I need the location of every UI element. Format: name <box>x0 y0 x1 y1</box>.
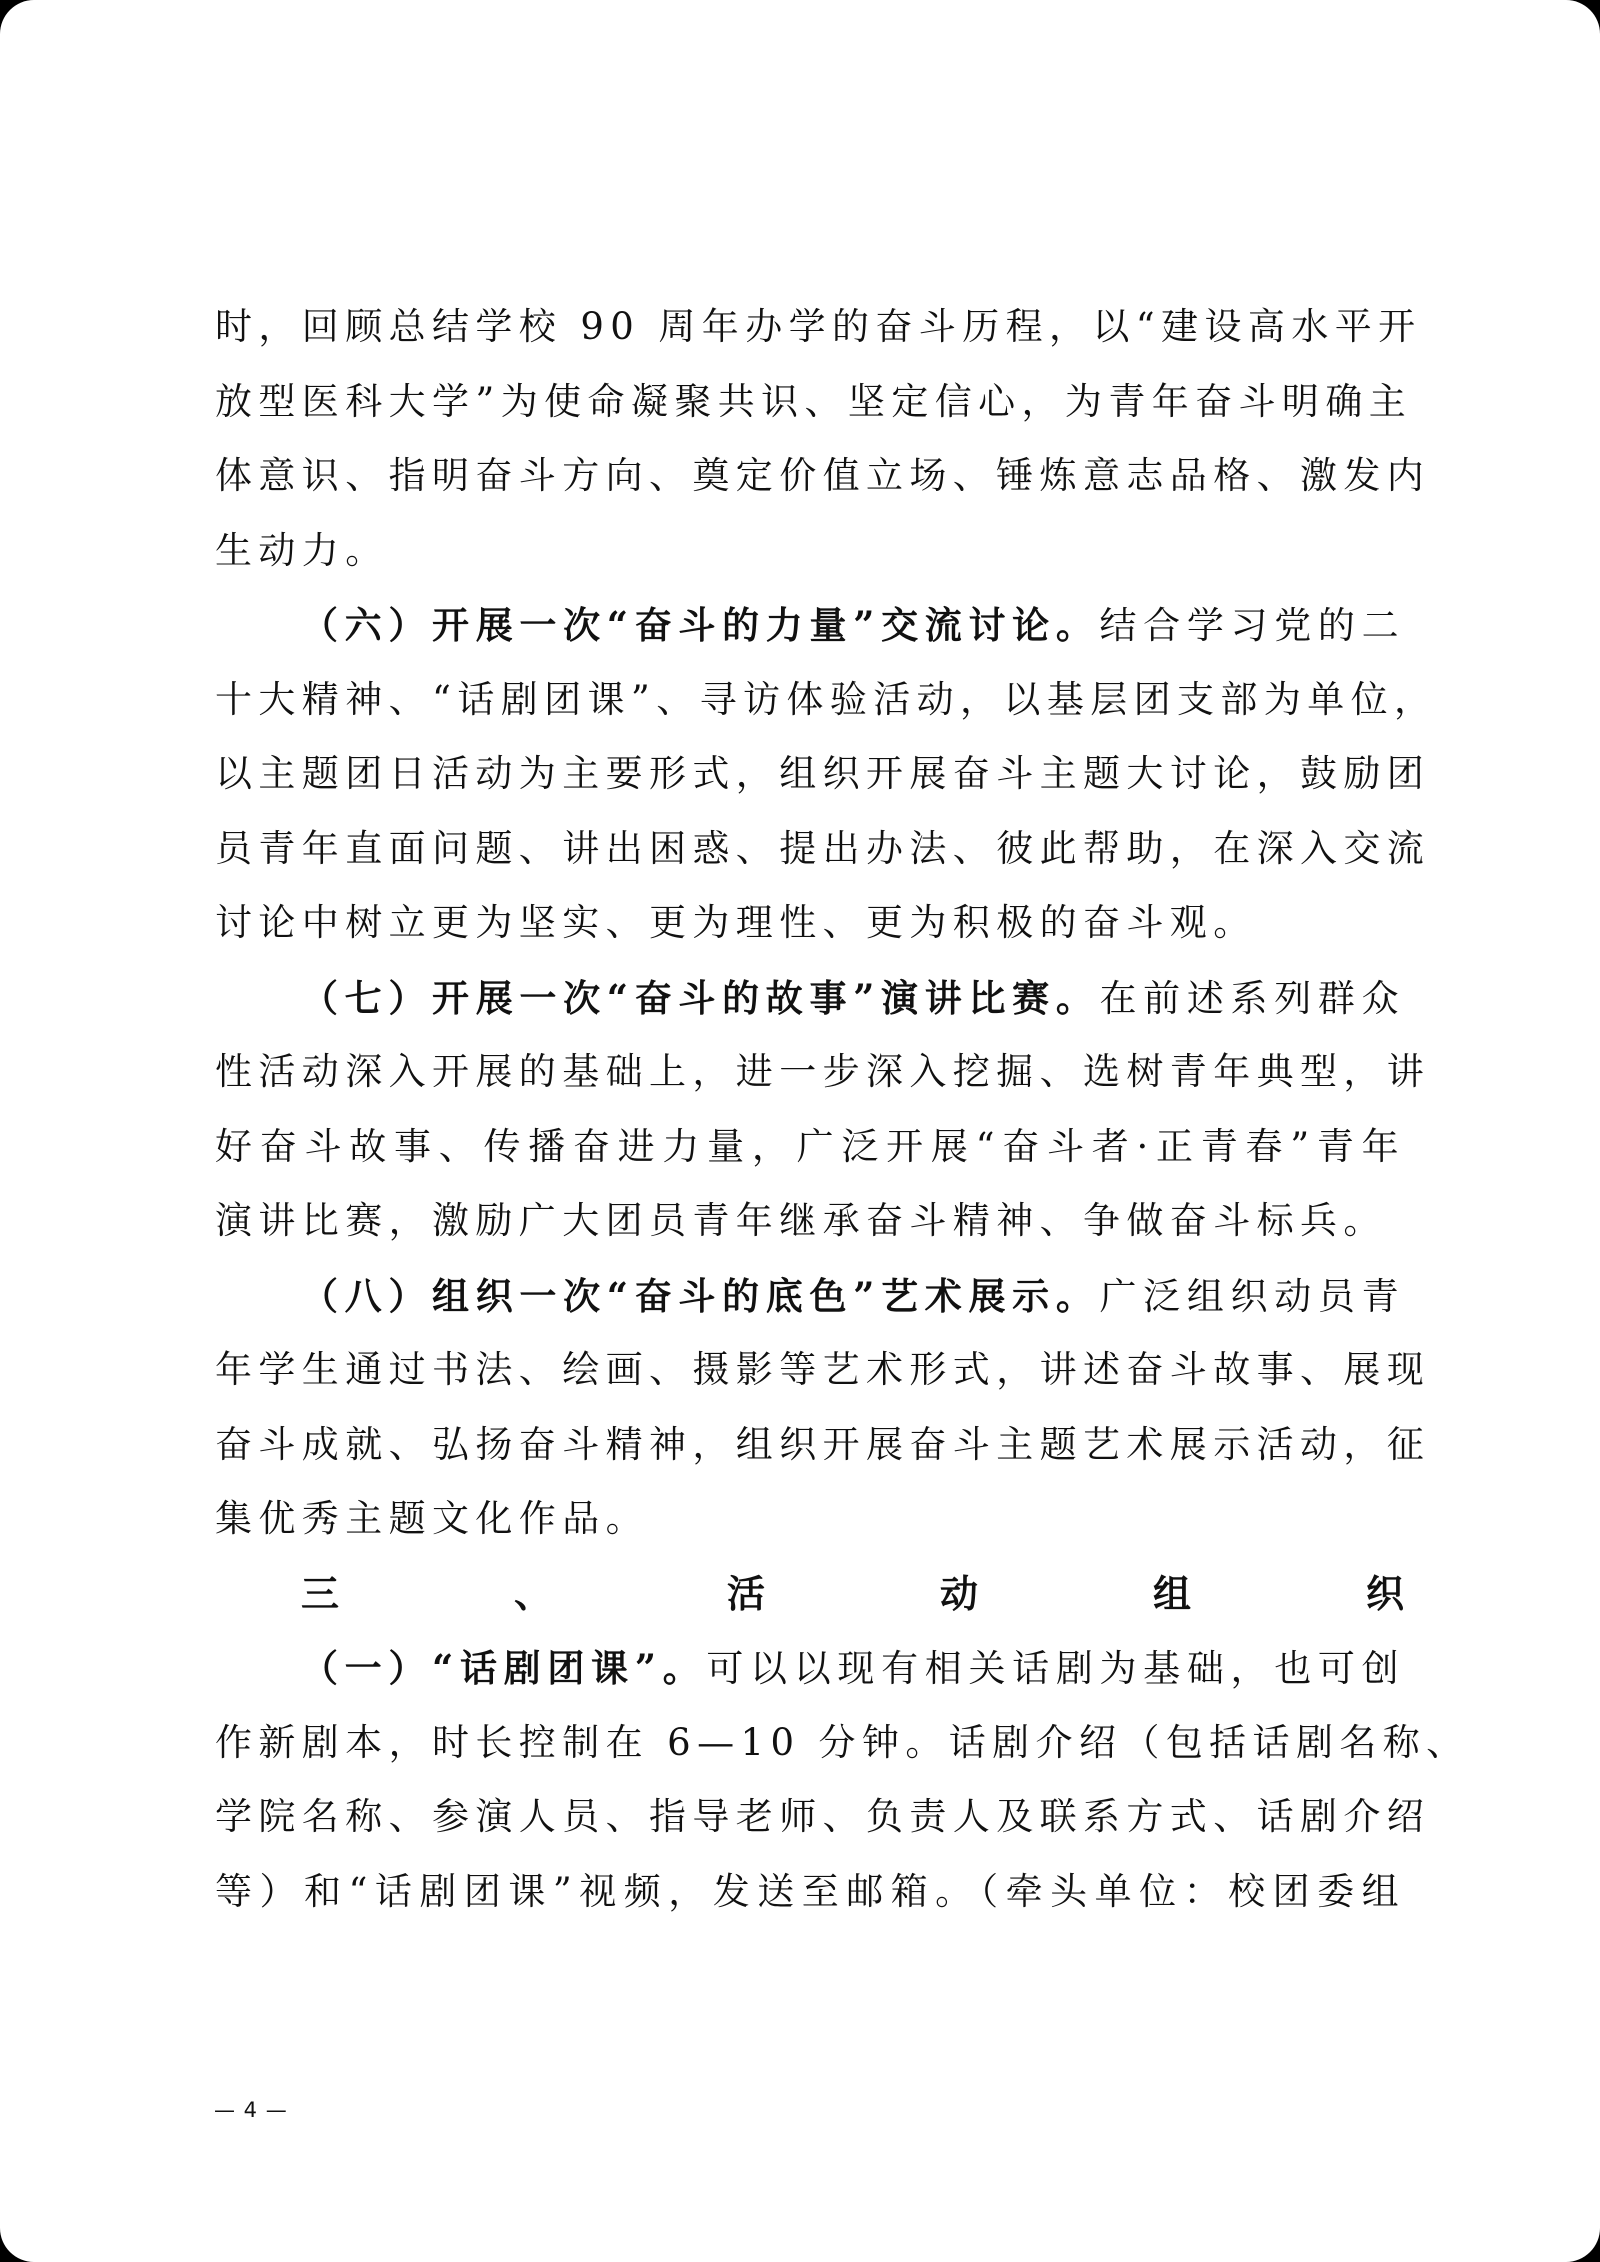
text-line: 集优秀主题文化作品。 <box>215 1482 1405 1557</box>
paragraph-item-7: （七）开展一次“奋斗的故事”演讲比赛。在前述系列群众 性活动深入开展的基础上，进… <box>215 961 1405 1259</box>
text-line: 演讲比赛，激励广大团员青年继承奋斗精神、争做奋斗标兵。 <box>215 1184 1405 1259</box>
text-line: 十大精神、“话剧团课”、寻访体验活动，以基层团支部为单位， <box>215 663 1405 738</box>
document-page: 时，回顾总结学校 90 周年办学的奋斗历程，以“建设高水平开 放型医科大学”为使… <box>0 0 1600 2262</box>
paragraph-item-6: （六）开展一次“奋斗的力量”交流讨论。结合学习党的二 十大精神、“话剧团课”、寻… <box>215 588 1405 961</box>
text-line: 奋斗成就、弘扬奋斗精神，组织开展奋斗主题艺术展示活动，征 <box>215 1408 1405 1483</box>
document-body: 时，回顾总结学校 90 周年办学的奋斗历程，以“建设高水平开 放型医科大学”为使… <box>215 290 1405 1929</box>
text-line: 好奋斗故事、传播奋进力量，广泛开展“奋斗者·正青春”青年 <box>215 1110 1405 1185</box>
text-line: 体意识、指明奋斗方向、奠定价值立场、锤炼意志品格、激发内 <box>215 439 1405 514</box>
text-line: 学院名称、参演人员、指导老师、负责人及联系方式、话剧介绍 <box>215 1780 1405 1855</box>
item-text: 广泛组织动员青 <box>1100 1275 1405 1318</box>
item-text: 可以以现有相关话剧为基础，也可创 <box>706 1647 1405 1690</box>
page-number: — 4 — <box>214 2098 288 2122</box>
text-line: 年学生通过书法、绘画、摄影等艺术形式，讲述奋斗故事、展现 <box>215 1333 1405 1408</box>
text-line: （七）开展一次“奋斗的故事”演讲比赛。在前述系列群众 <box>215 961 1405 1036</box>
item-text: 在前述系列群众 <box>1100 977 1405 1020</box>
item-text: 结合学习党的二 <box>1100 604 1405 647</box>
paragraph-item-8: （八）组织一次“奋斗的底色”艺术展示。广泛组织动员青 年学生通过书法、绘画、摄影… <box>215 1259 1405 1557</box>
text-line: （八）组织一次“奋斗的底色”艺术展示。广泛组织动员青 <box>215 1259 1405 1334</box>
item-title: （八）组织一次“奋斗的底色”艺术展示。 <box>301 1274 1100 1318</box>
text-line: 作新剧本，时长控制在 6—10 分钟。话剧介绍（包括话剧名称、 <box>215 1706 1405 1781</box>
text-line: 时，回顾总结学校 90 周年办学的奋斗历程，以“建设高水平开 <box>215 290 1405 365</box>
text-line: 以主题团日活动为主要形式，组织开展奋斗主题大讨论，鼓励团 <box>215 737 1405 812</box>
text-line: 放型医科大学”为使命凝聚共识、坚定信心，为青年奋斗明确主 <box>215 365 1405 440</box>
paragraph-org-1: （一）“话剧团课”。可以以现有相关话剧为基础，也可创 作新剧本，时长控制在 6—… <box>215 1631 1405 1929</box>
text-line: 讨论中树立更为坚实、更为理性、更为积极的奋斗观。 <box>215 886 1405 961</box>
text-line: 员青年直面问题、讲出困惑、提出办法、彼此帮助，在深入交流 <box>215 812 1405 887</box>
text-line: 等）和“话剧团课”视频，发送至邮箱。（牵头单位：校团委组 <box>215 1855 1405 1930</box>
item-title: （一）“话剧团课”。 <box>301 1646 706 1690</box>
text-line: （一）“话剧团课”。可以以现有相关话剧为基础，也可创 <box>215 1631 1405 1706</box>
text-line: 性活动深入开展的基础上，进一步深入挖掘、选树青年典型，讲 <box>215 1035 1405 1110</box>
paragraph-continuation: 时，回顾总结学校 90 周年办学的奋斗历程，以“建设高水平开 放型医科大学”为使… <box>215 290 1405 588</box>
section-heading: 三、活动组织 <box>215 1557 1405 1632</box>
text-line: 生动力。 <box>215 514 1405 589</box>
text-line: （六）开展一次“奋斗的力量”交流讨论。结合学习党的二 <box>215 588 1405 663</box>
item-title: （六）开展一次“奋斗的力量”交流讨论。 <box>301 603 1100 647</box>
item-title: （七）开展一次“奋斗的故事”演讲比赛。 <box>301 976 1100 1020</box>
